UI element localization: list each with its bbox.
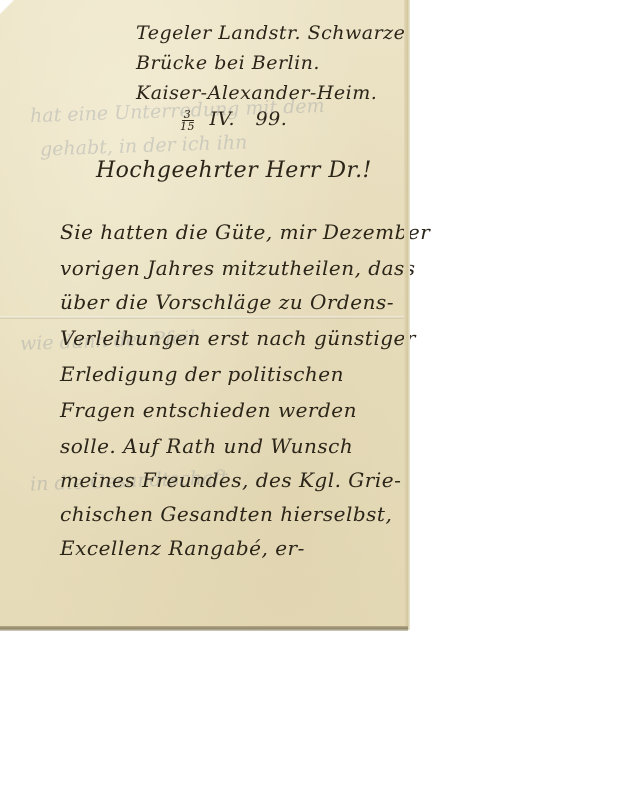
body-line: Sie hatten die Güte, mir Dezember xyxy=(60,220,430,244)
body-line: über die Vorschläge zu Ordens- xyxy=(60,290,394,314)
body-line: Verleihungen erst nach günstiger xyxy=(60,326,416,350)
body-line: Erledigung der politischen xyxy=(60,362,344,386)
body-line: vorigen Jahres mitzutheilen, dass xyxy=(60,256,416,280)
date-year: 99. xyxy=(256,108,288,130)
salutation: Hochgeehrter Herr Dr.! xyxy=(96,158,372,183)
body-line: meines Freundes, des Kgl. Grie- xyxy=(60,468,401,492)
date-day-fraction: 3 15 xyxy=(180,109,195,132)
paper-edge xyxy=(404,0,410,630)
paper-edge xyxy=(0,626,408,631)
body-line: solle. Auf Rath und Wunsch xyxy=(60,434,353,458)
body-line: Excellenz Rangabé, er- xyxy=(60,536,305,560)
body-line: chischen Gesandten hierselbst, xyxy=(60,502,392,526)
address-line-1: Tegeler Landstr. Schwarze xyxy=(136,22,405,44)
address-line-3: Kaiser-Alexander-Heim. xyxy=(136,82,377,104)
date-fraction-top: 3 xyxy=(184,109,192,120)
date-month: IV. xyxy=(210,108,235,130)
body-line: Fragen entschieden werden xyxy=(60,398,357,422)
bleed-through-text: gehabt, in der ich ihn xyxy=(40,131,248,160)
address-line-2: Brücke bei Berlin. xyxy=(136,52,320,74)
letter-page: hat eine Unterredung mit dem gehabt, in … xyxy=(0,0,410,630)
paper-corner xyxy=(0,0,14,14)
paper-fold xyxy=(0,316,410,319)
letter-date: 3 15 IV. 99. xyxy=(180,108,287,132)
date-fraction-bottom: 15 xyxy=(180,121,195,132)
